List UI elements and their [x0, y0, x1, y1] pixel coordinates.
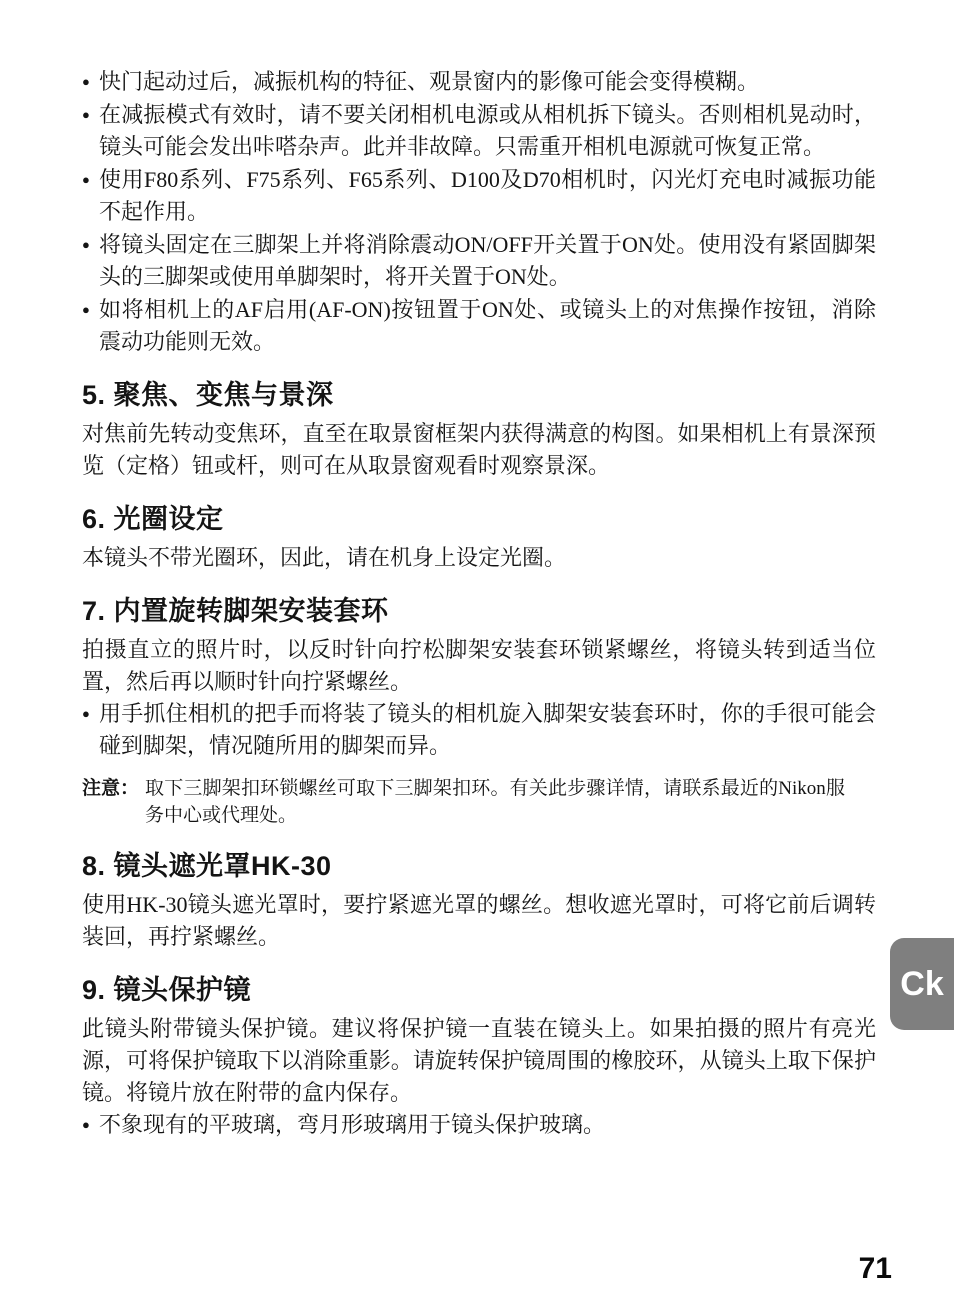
list-item: ●不象现有的平玻璃，弯月形玻璃用于镜头保护玻璃。 — [82, 1109, 876, 1141]
language-tab: Ck — [890, 938, 954, 1030]
note-text: 取下三脚架扣环锁螺丝可取下三脚架扣环。有关此步骤详情，请联系最近的Nikon服务… — [145, 775, 845, 829]
bullet-text: 快门起动过后，减振机构的特征、观景窗内的影像可能会变得模糊。 — [99, 69, 759, 94]
bullet-icon: ● — [82, 1109, 90, 1141]
paragraph: 对焦前先转动变焦环，直至在取景窗框架内获得满意的构图。如果相机上有景深预览（定格… — [82, 418, 876, 482]
section-heading: 6. 光圈设定 — [82, 503, 876, 535]
bullet-icon: ● — [82, 99, 90, 131]
document-content: ●快门起动过后，减振机构的特征、观景窗内的影像可能会变得模糊。●在减振模式有效时… — [82, 66, 876, 1142]
page-number: 71 — [859, 1252, 892, 1286]
list-item: ●使用F80系列、F75系列、F65系列、D100及D70相机时，闪光灯充电时减… — [82, 164, 876, 228]
note-label: 注意： — [82, 775, 139, 802]
bullet-text: 在减振模式有效时，请不要关闭相机电源或从相机拆下镜头。否则相机晃动时，镜头可能会… — [99, 102, 876, 159]
bullet-icon: ● — [82, 66, 90, 98]
bullet-text: 使用F80系列、F75系列、F65系列、D100及D70相机时，闪光灯充电时减振… — [99, 167, 876, 224]
paragraph: 拍摄直立的照片时，以反时针向拧松脚架安装套环锁紧螺丝，将镜头转到适当位置，然后再… — [82, 634, 876, 698]
list-item: ●如将相机上的AF启用(AF-ON)按钮置于ON处、或镜头上的对焦操作按钮，消除… — [82, 294, 876, 358]
manual-page: ●快门起动过后，减振机构的特征、观景窗内的影像可能会变得模糊。●在减振模式有效时… — [0, 0, 954, 1314]
bullet-text: 用手抓住相机的把手而将装了镜头的相机旋入脚架安装套环时，你的手很可能会碰到脚架，… — [99, 701, 876, 758]
list-item: ●快门起动过后，减振机构的特征、观景窗内的影像可能会变得模糊。 — [82, 66, 876, 98]
list-item: ●用手抓住相机的把手而将装了镜头的相机旋入脚架安装套环时，你的手很可能会碰到脚架… — [82, 698, 876, 762]
bullet-icon: ● — [82, 229, 90, 261]
bullet-text: 如将相机上的AF启用(AF-ON)按钮置于ON处、或镜头上的对焦操作按钮，消除震… — [99, 297, 876, 354]
paragraph: 使用HK-30镜头遮光罩时，要拧紧遮光罩的螺丝。想收遮光罩时，可将它前后调转装回… — [82, 889, 876, 953]
bullet-icon: ● — [82, 164, 90, 196]
bullet-icon: ● — [82, 294, 90, 326]
bullet-icon: ● — [82, 698, 90, 730]
paragraph: 此镜头附带镜头保护镜。建议将保护镜一直装在镜头上。如果拍摄的照片有亮光源，可将保… — [82, 1013, 876, 1109]
list-item: ●在减振模式有效时，请不要关闭相机电源或从相机拆下镜头。否则相机晃动时，镜头可能… — [82, 99, 876, 163]
note: 注意：取下三脚架扣环锁螺丝可取下三脚架扣环。有关此步骤详情，请联系最近的Niko… — [82, 775, 876, 829]
bullet-list: ●不象现有的平玻璃，弯月形玻璃用于镜头保护玻璃。 — [82, 1109, 876, 1141]
bullet-list: ●用手抓住相机的把手而将装了镜头的相机旋入脚架安装套环时，你的手很可能会碰到脚架… — [82, 698, 876, 762]
bullet-text: 将镜头固定在三脚架上并将消除震动ON/OFF开关置于ON处。使用没有紧固脚架头的… — [99, 232, 876, 289]
bullet-list: ●快门起动过后，减振机构的特征、观景窗内的影像可能会变得模糊。●在减振模式有效时… — [82, 66, 876, 358]
section-heading: 8. 镜头遮光罩HK-30 — [82, 850, 876, 882]
section-heading: 9. 镜头保护镜 — [82, 974, 876, 1006]
section-heading: 5. 聚焦、变焦与景深 — [82, 379, 876, 411]
language-tab-label: Ck — [900, 965, 943, 1004]
list-item: ●将镜头固定在三脚架上并将消除震动ON/OFF开关置于ON处。使用没有紧固脚架头… — [82, 229, 876, 293]
section-heading: 7. 内置旋转脚架安装套环 — [82, 595, 876, 627]
paragraph: 本镜头不带光圈环，因此，请在机身上设定光圈。 — [82, 542, 876, 574]
bullet-text: 不象现有的平玻璃，弯月形玻璃用于镜头保护玻璃。 — [99, 1112, 605, 1137]
